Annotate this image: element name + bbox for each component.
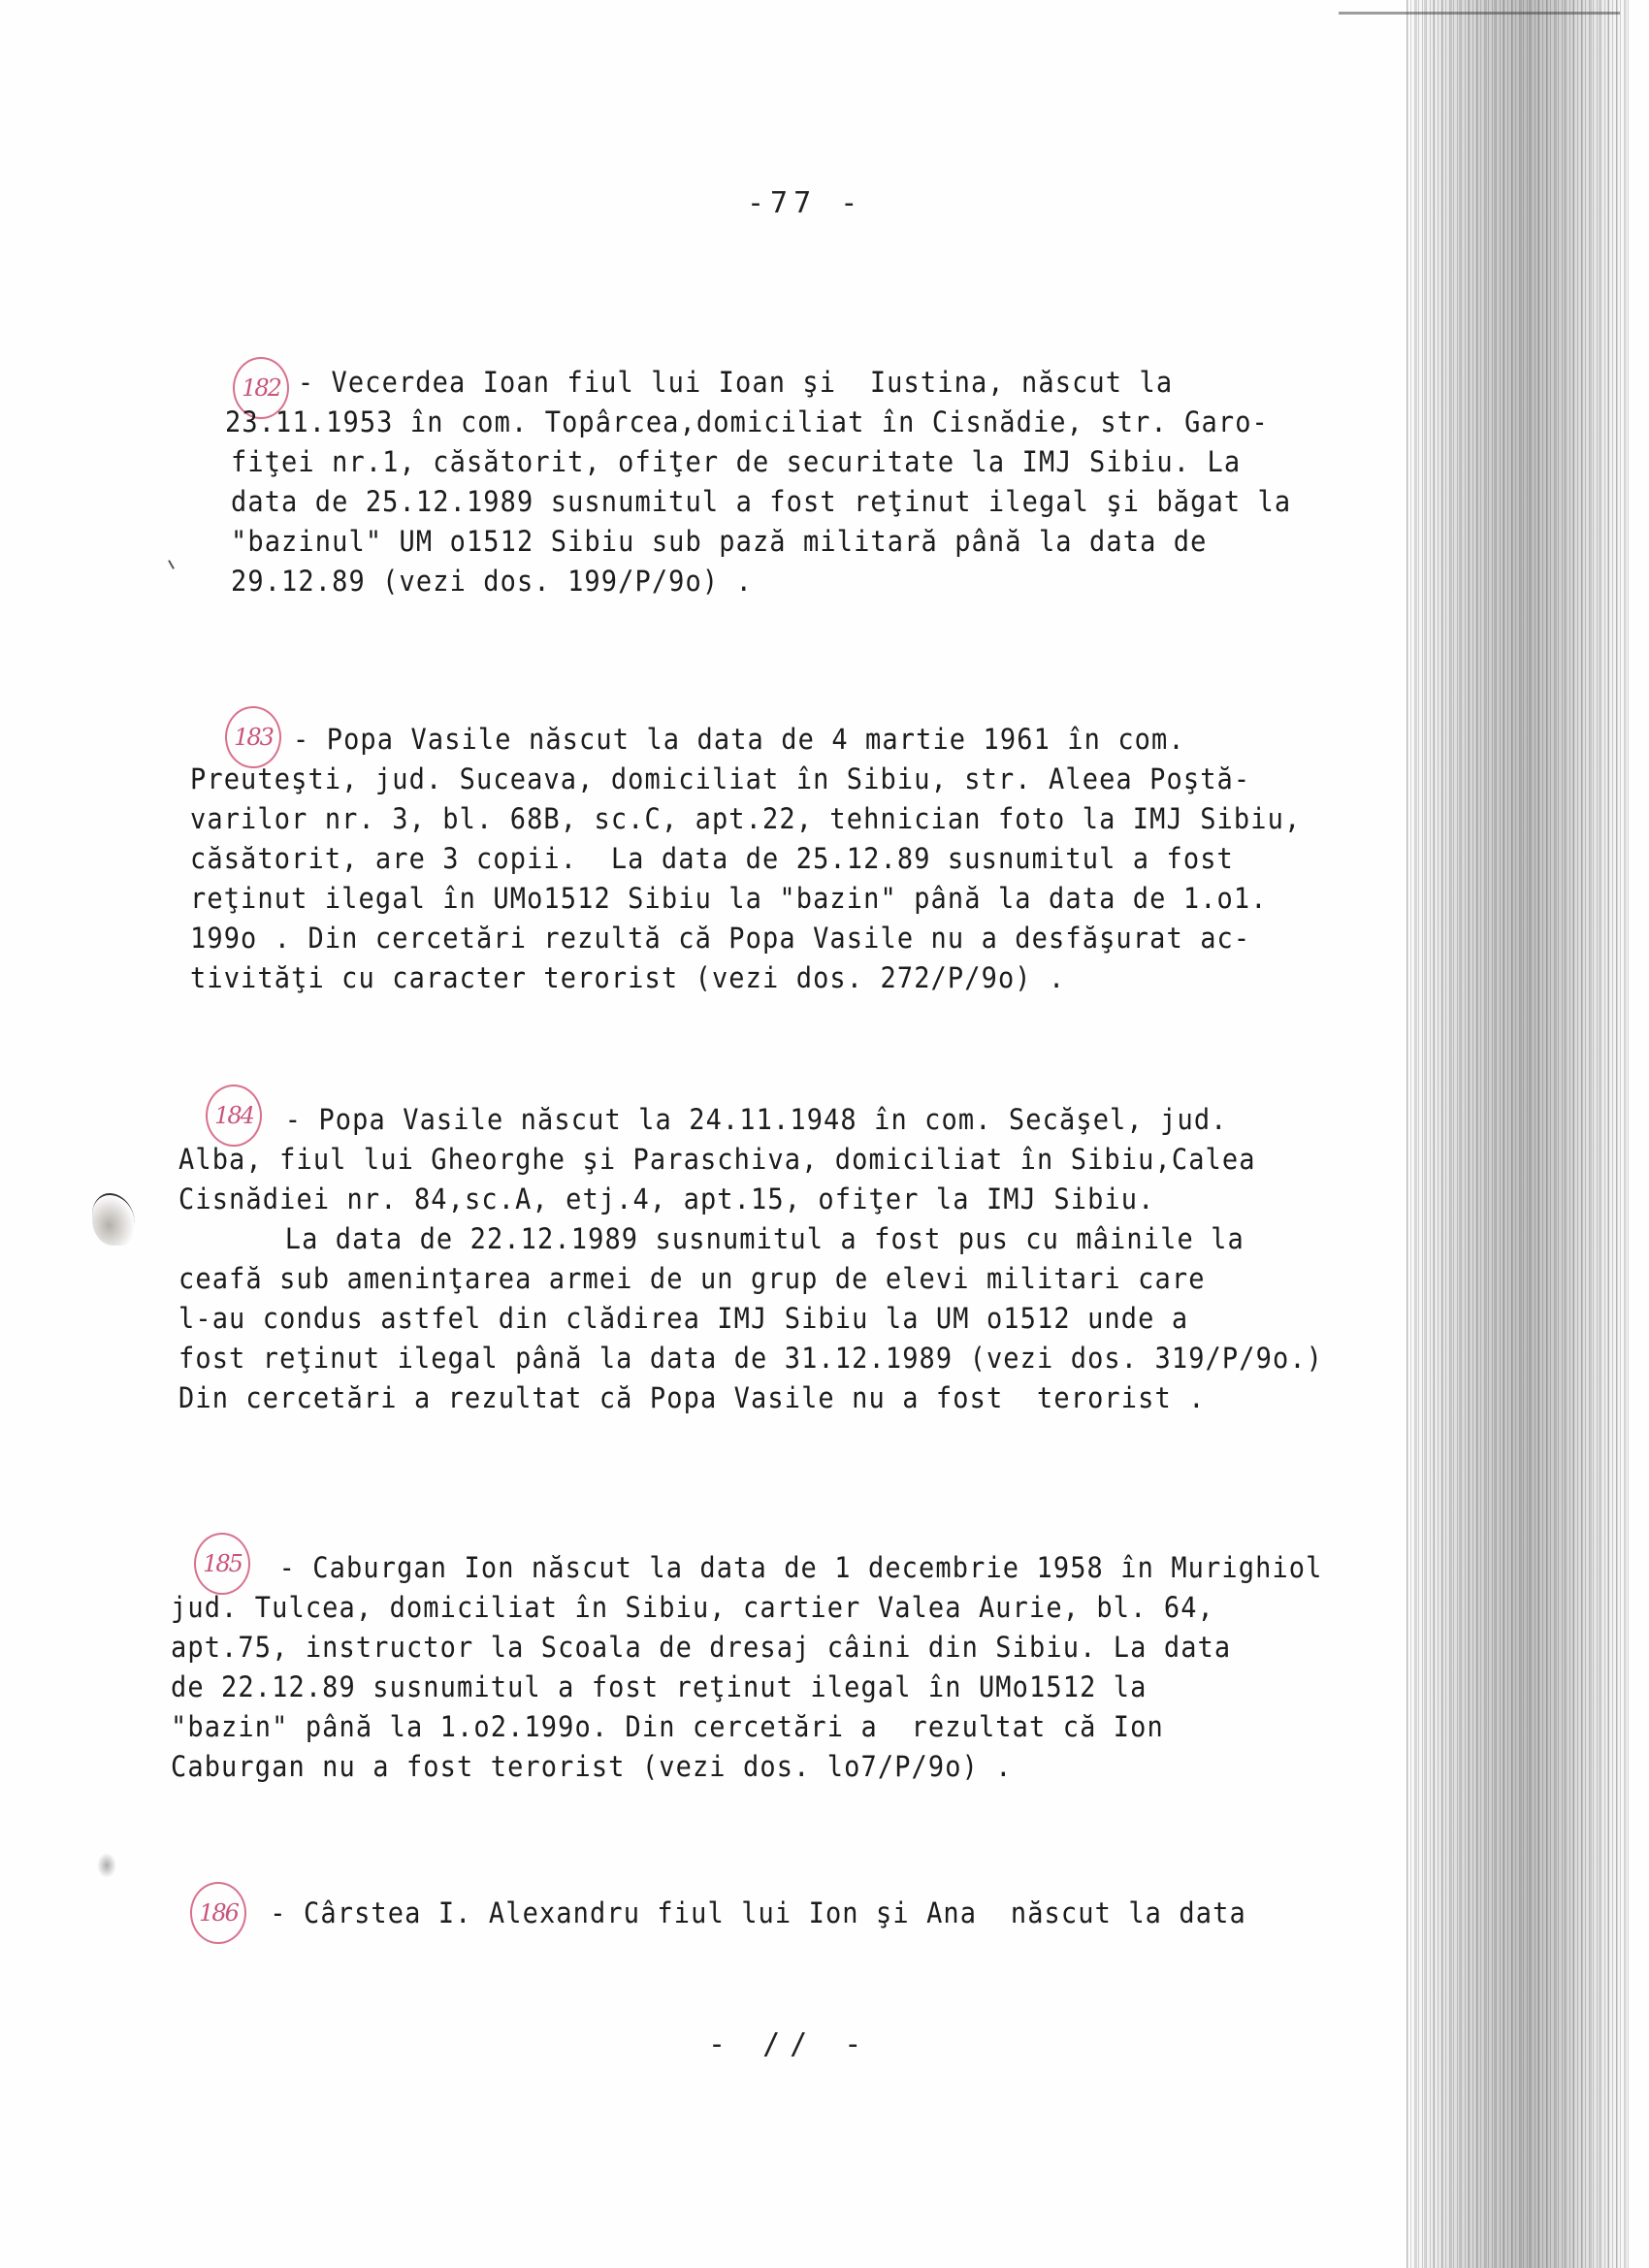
- entry-line: jud. Tulcea, domiciliat în Sibiu, cartie…: [171, 1588, 1379, 1628]
- entry-line: reţinut ilegal în UMo1512 Sibiu la "bazi…: [190, 879, 1399, 919]
- page-number: -77 -: [747, 186, 863, 220]
- entry-line: 29.12.89 (vezi dos. 199/P/9o) .: [231, 562, 1439, 601]
- entry-line: apt.75, instructor la Scoala de dresaj c…: [171, 1628, 1379, 1668]
- entry-line: fost reţinut ilegal până la data de 31.1…: [178, 1339, 1387, 1378]
- entry-line: 23.11.1953 în com. Topârcea,domiciliat î…: [225, 403, 1439, 442]
- entry-line: l-au condus astfel din clădirea IMJ Sibi…: [178, 1299, 1387, 1339]
- entry-line: - Popa Vasile născut la data de 4 martie…: [190, 720, 1399, 760]
- entry-line: "bazin" până la 1.o2.199o. Din cercetări…: [171, 1707, 1379, 1747]
- entry-line: Alba, fiul lui Gheorghe şi Paraschiva, d…: [178, 1140, 1387, 1180]
- entry-line: 199o . Din cercetări rezultă că Popa Vas…: [190, 919, 1399, 958]
- entry-line: Din cercetări a rezultat că Popa Vasile …: [178, 1378, 1387, 1418]
- entry-line: - Cârstea I. Alexandru fiul lui Ion şi A…: [171, 1894, 1379, 1933]
- entry-line: Caburgan nu a fost terorist (vezi dos. l…: [171, 1747, 1379, 1787]
- entry-line: - Caburgan Ion născut la data de 1 decem…: [171, 1548, 1379, 1588]
- entry-185: - Caburgan Ion născut la data de 1 decem…: [171, 1548, 1471, 1787]
- entry-186: - Cârstea I. Alexandru fiul lui Ion şi A…: [171, 1894, 1471, 1933]
- page-continuation-mark: - // -: [708, 2027, 871, 2061]
- entry-line: varilor nr. 3, bl. 68B, sc.C, apt.22, te…: [190, 799, 1399, 839]
- entry-line: Cisnădiei nr. 84,sc.A, etj.4, apt.15, of…: [178, 1180, 1387, 1219]
- margin-tick-mark: [168, 556, 181, 569]
- entry-line: de 22.12.89 susnumitul a fost reţinut il…: [171, 1668, 1379, 1707]
- entry-184: - Popa Vasile născut la 24.11.1948 în co…: [178, 1100, 1478, 1418]
- entry-182: - Vecerdea Ioan fiul lui Ioan şi Iustina…: [231, 363, 1531, 601]
- document-page: -77 - 182 - Vecerdea Ioan fiul lui Ioan …: [0, 0, 1649, 2268]
- entry-line: "bazinul" UM o1512 Sibiu sub pază milita…: [231, 522, 1439, 562]
- margin-smudge-mark: [92, 1193, 135, 1246]
- margin-smudge-mark: [97, 1853, 116, 1878]
- entry-line: - Vecerdea Ioan fiul lui Ioan şi Iustina…: [231, 363, 1439, 403]
- entry-line: fiţei nr.1, căsătorit, ofiţer de securit…: [231, 442, 1439, 482]
- scan-edge-line: [1339, 12, 1620, 15]
- entry-line: - Popa Vasile născut la 24.11.1948 în co…: [178, 1100, 1387, 1140]
- entry-line: Preuteşti, jud. Suceava, domiciliat în S…: [190, 760, 1399, 799]
- entry-183: - Popa Vasile născut la data de 4 martie…: [190, 720, 1490, 998]
- entry-line: ceafă sub ameninţarea armei de un grup d…: [178, 1259, 1387, 1299]
- entry-line: La data de 22.12.1989 susnumitul a fost …: [178, 1219, 1387, 1259]
- entry-line: căsătorit, are 3 copii. La data de 25.12…: [190, 839, 1399, 879]
- entry-line: tivităţi cu caracter terorist (vezi dos.…: [190, 958, 1399, 998]
- entry-line: data de 25.12.1989 susnumitul a fost reţ…: [231, 482, 1439, 522]
